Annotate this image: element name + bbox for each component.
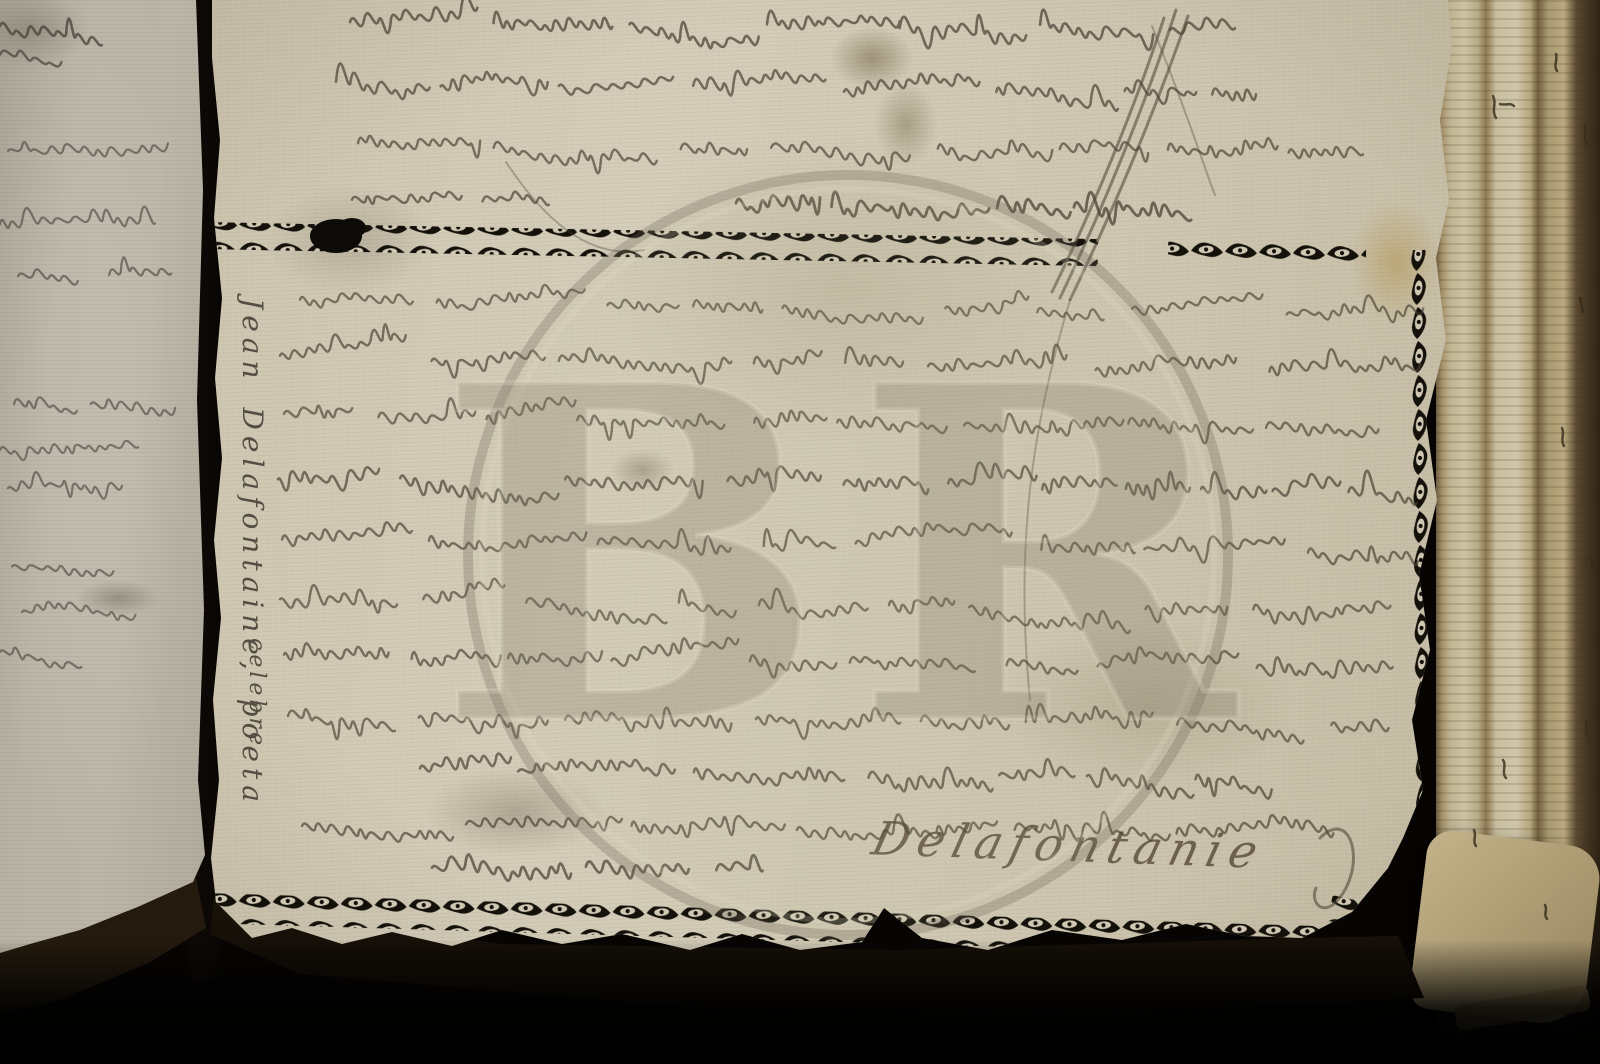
bottom-shadow	[0, 940, 1600, 1064]
left-page	[0, 0, 210, 960]
manuscript-photo: Jean Delafontaine, poeta celebre Delafon…	[0, 0, 1600, 1064]
marginal-note-line2: celebre	[243, 298, 268, 749]
